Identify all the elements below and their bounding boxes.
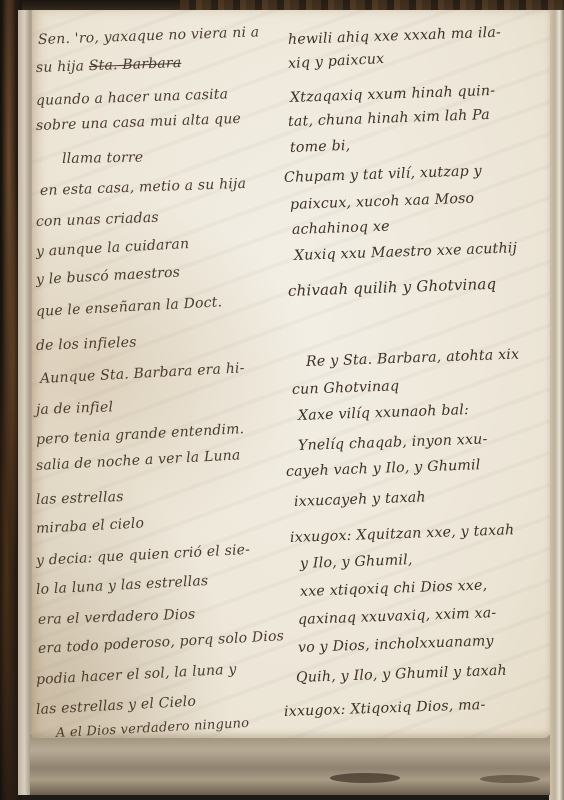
text-line: qaxinaq xxuvaxiq, xxim xa- xyxy=(298,605,497,628)
text-line: Xuxiq xxu Maestro xxe acuthij xyxy=(294,240,518,264)
text-line: salia de noche a ver la Luna xyxy=(36,447,241,474)
struck-text: Sta. Barbara xyxy=(89,55,182,74)
text-line: Xtzaqaxiq xxum hinah quin- xyxy=(290,83,496,106)
text-line: pero tenia grande entendim. xyxy=(36,421,245,448)
text-line: paixcux, xucoh xaa Moso xyxy=(290,191,475,213)
text-line: ixxucayeh y taxah xyxy=(294,489,426,510)
text-line: podia hacer el sol, la luna y xyxy=(36,662,237,688)
text-line: Xaxe vilíq xxunaoh bal: xyxy=(298,402,470,424)
manuscript-leaf: Sen. 'ro, yaxaque no viera ni a su hija … xyxy=(32,10,550,738)
page-stack-edge-right xyxy=(549,10,564,800)
text-line: cayeh vach y Ilo, y Ghumil xyxy=(286,457,481,480)
text-line: Sen. 'ro, yaxaque no viera ni a xyxy=(38,24,260,48)
text-fragment: su hija xyxy=(36,58,89,76)
text-line: tome bi, xyxy=(290,138,351,156)
text-line: las estrellas y el Cielo xyxy=(36,694,197,718)
text-line: y decia: que quien crió el sie- xyxy=(36,542,251,569)
text-line: cun Ghotvinaq xyxy=(292,378,400,398)
text-line: que le enseñaran la Doct. xyxy=(36,294,223,320)
text-line: era todo poderoso, porq solo Dios xyxy=(38,628,285,657)
text-line: Re y Sta. Barbara, atohta xix xyxy=(306,347,520,370)
text-line: Ynelíq chaqab, inyon xxu- xyxy=(298,431,488,454)
text-line: y le buscó maestros xyxy=(36,264,181,288)
text-line: de los infieles xyxy=(36,334,137,354)
ink-stain xyxy=(330,773,400,783)
text-line: hewili ahiq xxe xxxah ma ila- xyxy=(288,25,502,48)
text-line: xiq y paixcux xyxy=(288,51,385,72)
text-line: en esta casa, metio a su hija xyxy=(40,176,247,199)
text-line: y Ilo, y Ghumil, xyxy=(300,552,413,572)
text-line: ja de infiel xyxy=(36,399,114,418)
text-line: A el Dios verdadero ninguno xyxy=(56,716,250,741)
text-line: Chupam y tat vilí, xutzap y xyxy=(284,163,482,186)
text-line: xxe xtiqoxiq chi Dios xxe, xyxy=(300,577,488,600)
text-line: Aunque Sta. Barbara era hi- xyxy=(40,360,245,387)
text-line: sobre una casa mui alta que xyxy=(36,111,242,134)
text-line: miraba el cielo xyxy=(36,515,145,537)
text-line: chivaah quilih y Ghotvinaq xyxy=(288,275,497,300)
text-line: ixxugox: Xquitzan xxe, y taxah xyxy=(290,522,515,546)
text-line: quando a hacer una casita xyxy=(36,86,229,109)
text-line: achahinoq xe xyxy=(292,219,390,238)
text-line: con unas criadas xyxy=(36,210,159,230)
text-line: y aunque la cuidaran xyxy=(36,236,190,260)
text-line: las estrellas xyxy=(36,489,124,508)
text-line: Quih, y Ilo, y Ghumil y taxah xyxy=(296,663,507,686)
text-line: ixxugox: Xtiqoxiq Dios, ma- xyxy=(284,697,486,720)
text-line: llama torre xyxy=(62,150,144,167)
ink-stain xyxy=(480,775,540,783)
page-stack-edge-bottom xyxy=(30,735,550,795)
text-line: lo la luna y las estrellas xyxy=(36,573,209,598)
text-line: su hija Sta. Barbara xyxy=(36,55,182,76)
text-line: tat, chuna hinah xim lah Pa xyxy=(288,107,490,130)
text-line: era el verdadero Dios xyxy=(38,607,196,628)
text-line: vo y Dios, incholxxuanamy xyxy=(298,633,494,656)
